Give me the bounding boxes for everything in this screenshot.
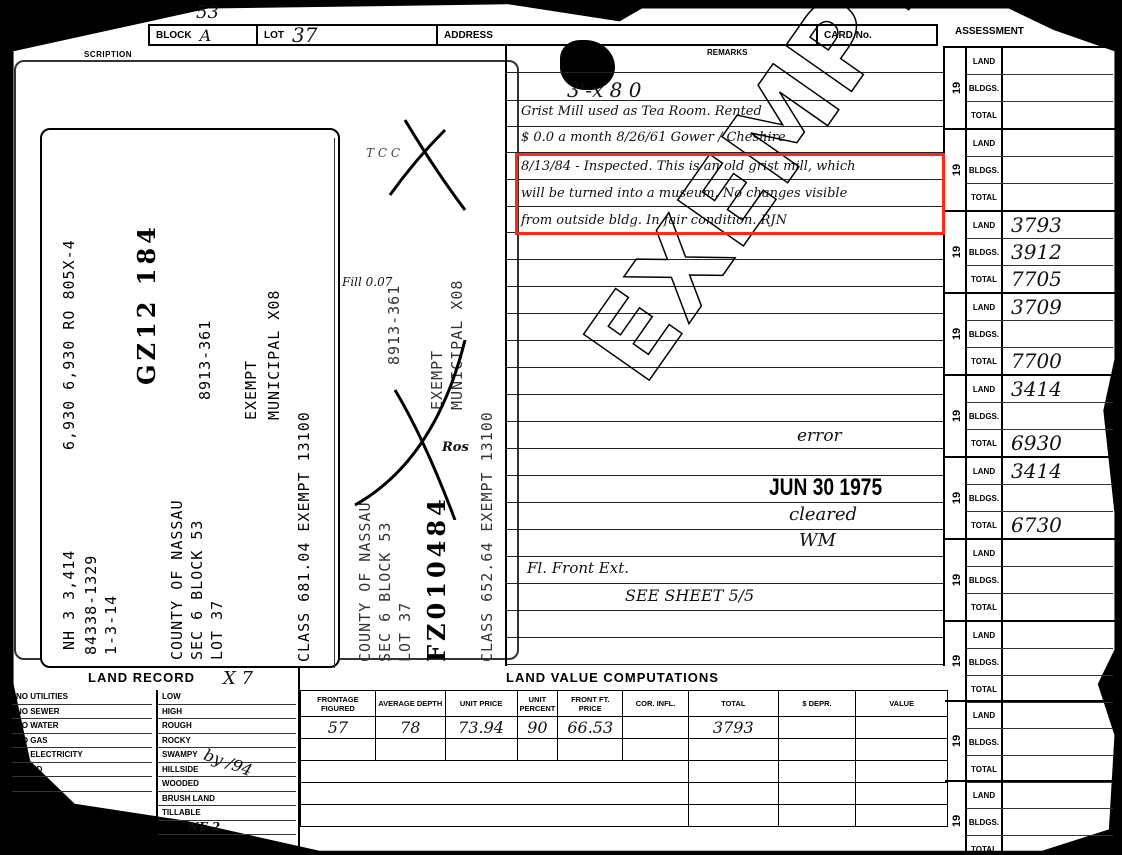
table-row xyxy=(301,783,948,805)
sticker-sec-block: SEC 6 BLOCK 53 xyxy=(188,520,206,660)
cell-value xyxy=(856,717,948,739)
col-value: VALUE xyxy=(856,691,948,717)
total-label: TOTAL xyxy=(967,266,1003,292)
new-sticker-class-line: CLASS 652.64 EXEMPT 13100 xyxy=(478,411,496,662)
assessment-group-6: 19 LAND3414 BLDGS. TOTAL6730 xyxy=(945,456,1117,538)
new-sticker-county: COUNTY OF NASSAU xyxy=(356,502,374,663)
table-row xyxy=(301,761,948,783)
land-label: LAND xyxy=(967,702,1003,728)
bldgs-value xyxy=(1003,809,1113,835)
new-sticker-fill-note: Fill 0.07 xyxy=(342,275,392,289)
table-row xyxy=(301,805,948,827)
total-value xyxy=(1003,836,1113,855)
land-value-computations: LAND VALUE COMPUTATIONS FRONTAGE FIGURED… xyxy=(298,668,946,848)
lvc-table: FRONTAGE FIGURED AVERAGE DEPTH UNIT PRIC… xyxy=(300,690,948,827)
land-value: 3414 xyxy=(1003,458,1113,484)
bldgs-label: BLDGS. xyxy=(967,403,1003,429)
bldgs-label: BLDGS. xyxy=(967,485,1003,511)
cross-out-mark-top xyxy=(375,110,475,220)
total-value: 6930 xyxy=(1003,430,1113,456)
bldgs-value xyxy=(1003,485,1113,511)
land-label: LAND xyxy=(967,212,1003,238)
sticker-line-ref: 84338-1329 xyxy=(82,555,100,655)
cell-unit-percent: 90 xyxy=(517,717,558,739)
assessment-title: ASSESSMENT xyxy=(955,26,1024,37)
cell-depr xyxy=(778,717,856,739)
cross-out-mark-bottom xyxy=(345,320,475,520)
land-label: LAND xyxy=(967,782,1003,808)
remark-fl-note: Fl. Front Ext. xyxy=(527,559,629,577)
land-record-title: LAND RECORD xyxy=(88,670,195,685)
total-value: 7700 xyxy=(1003,348,1113,374)
total-value xyxy=(1003,756,1113,782)
land-label: LAND xyxy=(967,294,1003,320)
year-prefix: 19 xyxy=(951,164,963,176)
highlighted-remark-box xyxy=(515,153,945,235)
land-value xyxy=(1003,48,1113,74)
total-label: TOTAL xyxy=(967,756,1003,782)
assessment-group-7: 19 LAND BLDGS. TOTAL xyxy=(945,538,1117,620)
lot-value: 37 xyxy=(292,23,317,47)
table-row: 57 78 73.94 90 66.53 3793 xyxy=(301,717,948,739)
bldgs-label: BLDGS. xyxy=(967,649,1003,675)
description-label: SCRIPTION xyxy=(84,50,132,59)
utility-item: NO UTILITIES xyxy=(12,690,152,705)
bldgs-value xyxy=(1003,567,1113,593)
total-label: TOTAL xyxy=(967,430,1003,456)
total-label: TOTAL xyxy=(967,184,1003,210)
new-sticker-lot: LOT 37 xyxy=(396,602,414,662)
total-label: TOTAL xyxy=(967,836,1003,855)
bldgs-value xyxy=(1003,403,1113,429)
bldgs-value xyxy=(1003,321,1113,347)
col-total: TOTAL xyxy=(688,691,778,717)
utility-item: PAVED xyxy=(12,763,152,778)
address-label: ADDRESS xyxy=(444,30,493,41)
assessment-group-1: 19 LAND BLDGS. TOTAL xyxy=(945,46,1117,128)
land-value: 3709 xyxy=(1003,294,1113,320)
year-prefix: 19 xyxy=(951,328,963,340)
remark-cleared-note: cleared xyxy=(789,504,857,525)
assessment-group-8: 19 LAND BLDGS. TOTAL xyxy=(945,620,1117,700)
land-value: 3414 xyxy=(1003,376,1113,402)
bldgs-value xyxy=(1003,75,1113,101)
top-scrawl: 53 xyxy=(196,2,219,23)
block-field: BLOCK A xyxy=(148,26,256,44)
col-cor-infl: COR. INFL. xyxy=(623,691,689,717)
year-prefix: 19 xyxy=(951,815,963,827)
cell-front-ft-price: 66.53 xyxy=(558,717,623,739)
year-prefix: 19 xyxy=(951,574,963,586)
land-label: LAND xyxy=(967,376,1003,402)
land-value xyxy=(1003,782,1113,808)
year-prefix: 19 xyxy=(951,492,963,504)
land-label: LAND xyxy=(967,48,1003,74)
cell-depth: 78 xyxy=(375,717,445,739)
assessment-group-10: 19 LAND BLDGS. TOTAL xyxy=(945,780,1117,855)
total-value xyxy=(1003,594,1113,620)
lvc-title: LAND VALUE COMPUTATIONS xyxy=(506,670,719,685)
sticker-line-nh: NH 3 3,414 xyxy=(60,550,78,650)
total-value: 6730 xyxy=(1003,512,1113,538)
bldgs-value xyxy=(1003,649,1113,675)
terrain-item: LOW xyxy=(158,690,296,705)
bldgs-label: BLDGS. xyxy=(967,239,1003,265)
col-unit-percent: UNIT PERCENT xyxy=(517,691,558,717)
sticker-ref-number: 8913-361 xyxy=(196,320,214,400)
land-record-section: LAND RECORD X 7 NO UTILITIES NO SEWER NO… xyxy=(8,668,298,848)
total-label: TOTAL xyxy=(967,102,1003,128)
utility-item: NO GAS xyxy=(12,734,152,749)
land-label: LAND xyxy=(967,540,1003,566)
year-prefix: 19 xyxy=(951,735,963,747)
year-prefix: 19 xyxy=(951,655,963,667)
assessment-group-2: 19 LAND BLDGS. TOTAL xyxy=(945,128,1117,210)
lot-label: LOT xyxy=(264,30,284,41)
new-sticker-sec-block: SEC 6 BLOCK 53 xyxy=(376,522,394,662)
col-front-ft-price: FRONT FT. PRICE xyxy=(558,691,623,717)
land-record-scrawl: X 7 xyxy=(223,668,253,689)
sticker-municipal: MUNICIPAL X08 xyxy=(265,290,283,420)
address-field: ADDRESS xyxy=(436,26,816,44)
assessment-column: ASSESSMENT 19 LAND BLDGS. TOTAL 19 LAND … xyxy=(945,26,1117,855)
land-value: 3793 xyxy=(1003,212,1113,238)
sticker-exempt: EXEMPT xyxy=(242,360,260,420)
total-value xyxy=(1003,676,1113,702)
total-value xyxy=(1003,184,1113,210)
total-label: TOTAL xyxy=(967,594,1003,620)
remark-initials: WM xyxy=(799,530,836,551)
terrain-item: BRUSH LAND xyxy=(158,792,296,807)
year-prefix: 19 xyxy=(951,82,963,94)
new-sticker-code: FZ010484 xyxy=(422,495,451,662)
remark-line-1: 3'-x 8 0 xyxy=(567,78,641,102)
remarks-title: REMARKS xyxy=(707,48,747,57)
terrain-item: ROCKY xyxy=(158,734,296,749)
block-label: BLOCK xyxy=(156,30,192,41)
terrain-item: TILLABLE xyxy=(158,806,296,821)
total-value: 7705 xyxy=(1003,266,1113,292)
bldgs-label: BLDGS. xyxy=(967,729,1003,755)
utility-item: NO ELECTRICITY xyxy=(12,748,152,763)
bldgs-label: BLDGS. xyxy=(967,75,1003,101)
assessment-group-4: 19 LAND3709 BLDGS. TOTAL7700 xyxy=(945,292,1117,374)
land-value xyxy=(1003,702,1113,728)
year-prefix: 19 xyxy=(951,410,963,422)
bldgs-value xyxy=(1003,729,1113,755)
land-value xyxy=(1003,130,1113,156)
cell-frontage: 57 xyxy=(301,717,376,739)
sticker-lot: LOT 37 xyxy=(208,600,226,660)
col-depr: $ DEPR. xyxy=(778,691,856,717)
land-record-bottom-note: NF-2 xyxy=(158,821,296,836)
bldgs-label: BLDGS. xyxy=(967,809,1003,835)
cell-total: 3793 xyxy=(688,717,778,739)
utility-item: NO SEWER xyxy=(12,705,152,720)
remark-see-sheet: SEE SHEET 5/5 xyxy=(625,586,754,605)
bldgs-value: 3912 xyxy=(1003,239,1113,265)
cell-unit-price: 73.94 xyxy=(445,717,517,739)
total-label: TOTAL xyxy=(967,512,1003,538)
remark-error-note: error xyxy=(797,426,842,446)
bldgs-label: BLDGS. xyxy=(967,567,1003,593)
date-stamp: JUN 30 1975 xyxy=(769,474,882,502)
land-label: LAND xyxy=(967,458,1003,484)
sticker-class-line: CLASS 681.04 EXEMPT 13100 xyxy=(295,411,313,662)
assessment-group-9: 19 LAND BLDGS. TOTAL xyxy=(945,700,1117,780)
sticker-code: GZ12 184 xyxy=(132,223,161,385)
utility-item: NO WATER xyxy=(12,719,152,734)
col-frontage: FRONTAGE FIGURED xyxy=(301,691,376,717)
col-depth: AVERAGE DEPTH xyxy=(375,691,445,717)
land-value xyxy=(1003,622,1113,648)
terrain-item: ROUGH xyxy=(158,719,296,734)
bldgs-label: BLDGS. xyxy=(967,157,1003,183)
land-label: LAND xyxy=(967,622,1003,648)
bldgs-label: BLDGS. xyxy=(967,321,1003,347)
bldgs-value xyxy=(1003,157,1113,183)
sticker-line-vals: 6,930 6,930 RO 805X-4 xyxy=(60,239,78,450)
sticker-line-date: 1-3-14 xyxy=(102,595,120,655)
assessment-group-5: 19 LAND3414 BLDGS. TOTAL6930 xyxy=(945,374,1117,456)
total-label: TOTAL xyxy=(967,676,1003,702)
land-label: LAND xyxy=(967,130,1003,156)
terrain-item: WOODED xyxy=(158,777,296,792)
year-prefix: 19 xyxy=(951,246,963,258)
block-value: A xyxy=(200,26,212,45)
lot-field: LOT 37 xyxy=(256,26,436,44)
terrain-item: HIGH xyxy=(158,705,296,720)
total-label: TOTAL xyxy=(967,348,1003,374)
col-unit-price: UNIT PRICE xyxy=(445,691,517,717)
table-row xyxy=(301,739,948,761)
cell-cor-infl xyxy=(623,717,689,739)
land-value xyxy=(1003,540,1113,566)
assessment-group-3: 19 LAND3793 BLDGS.3912 TOTAL7705 xyxy=(945,210,1117,292)
land-record-utilities: NO UTILITIES NO SEWER NO WATER NO GAS NO… xyxy=(12,690,152,792)
utility-item: STREET xyxy=(12,777,152,792)
total-value xyxy=(1003,102,1113,128)
sticker-county: COUNTY OF NASSAU xyxy=(168,500,186,661)
